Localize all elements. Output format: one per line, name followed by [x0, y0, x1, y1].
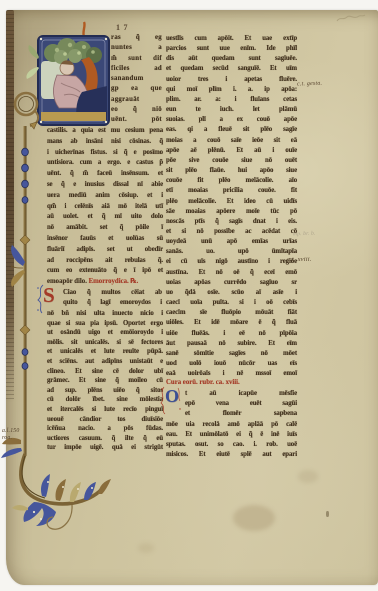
parchment-stain: [298, 470, 318, 483]
column1-lines-beside-initial-s: Ciao q̃ multos cēiat ab quito q̃ lagī em…: [63, 288, 162, 309]
initial-s-red: S: [43, 284, 55, 306]
parchment-speck: [326, 511, 329, 517]
column1-text-block-1: castilis. a quia est mu cesium pena mans…: [47, 126, 163, 277]
column2-text-block-2: mōe uia recolā amō aplāā pō calē eau. Et…: [166, 420, 297, 460]
margin-note-left: a.l.150 roa.: [2, 428, 36, 443]
initial-top-sprout: [83, 22, 84, 37]
margin-note-right-top: c.t. gesta.: [297, 81, 322, 88]
column1-lines-beside-initial: ras q̃ eg nuntes a m̃ sunt dif ficiles a…: [111, 33, 162, 126]
parchment-stain: [138, 543, 154, 553]
column2-text-block-1: uestlīs cum apōit. Et uae extīp parcios …: [166, 34, 297, 379]
column1-rubric-line: emoapōr dilo. Emorroydica. ℞.: [47, 277, 163, 285]
column2-lines-beside-initial-o: t aū icapūe mēsfie epō vena euēt sagūi e…: [185, 389, 297, 419]
faint-inscription-mark: [336, 12, 366, 24]
margin-note-right-lower: c.t. xviii.: [287, 256, 312, 263]
border-gold-knot: [20, 235, 30, 245]
manuscript-photo: 17: [0, 0, 378, 591]
border-gold-knot: [20, 325, 30, 335]
rubric-red-text: Emorroydica. ℞.: [89, 278, 139, 285]
border-sprig: [11, 245, 25, 287]
column1-text-block-2: nō bñ nisi ulta inuecto nicio i quae si …: [47, 309, 163, 453]
column2-rubric-line: Cura eorū. rubr. ca. xviii.: [166, 379, 297, 386]
border-ring-ornament: [15, 93, 38, 129]
parchment-stain: [233, 505, 275, 531]
folio-number: 17: [116, 23, 131, 32]
initial-o-blue: O: [165, 386, 179, 406]
margin-note-right-pencil: mp. br. b.: [293, 231, 316, 238]
border-bar: [24, 126, 27, 456]
